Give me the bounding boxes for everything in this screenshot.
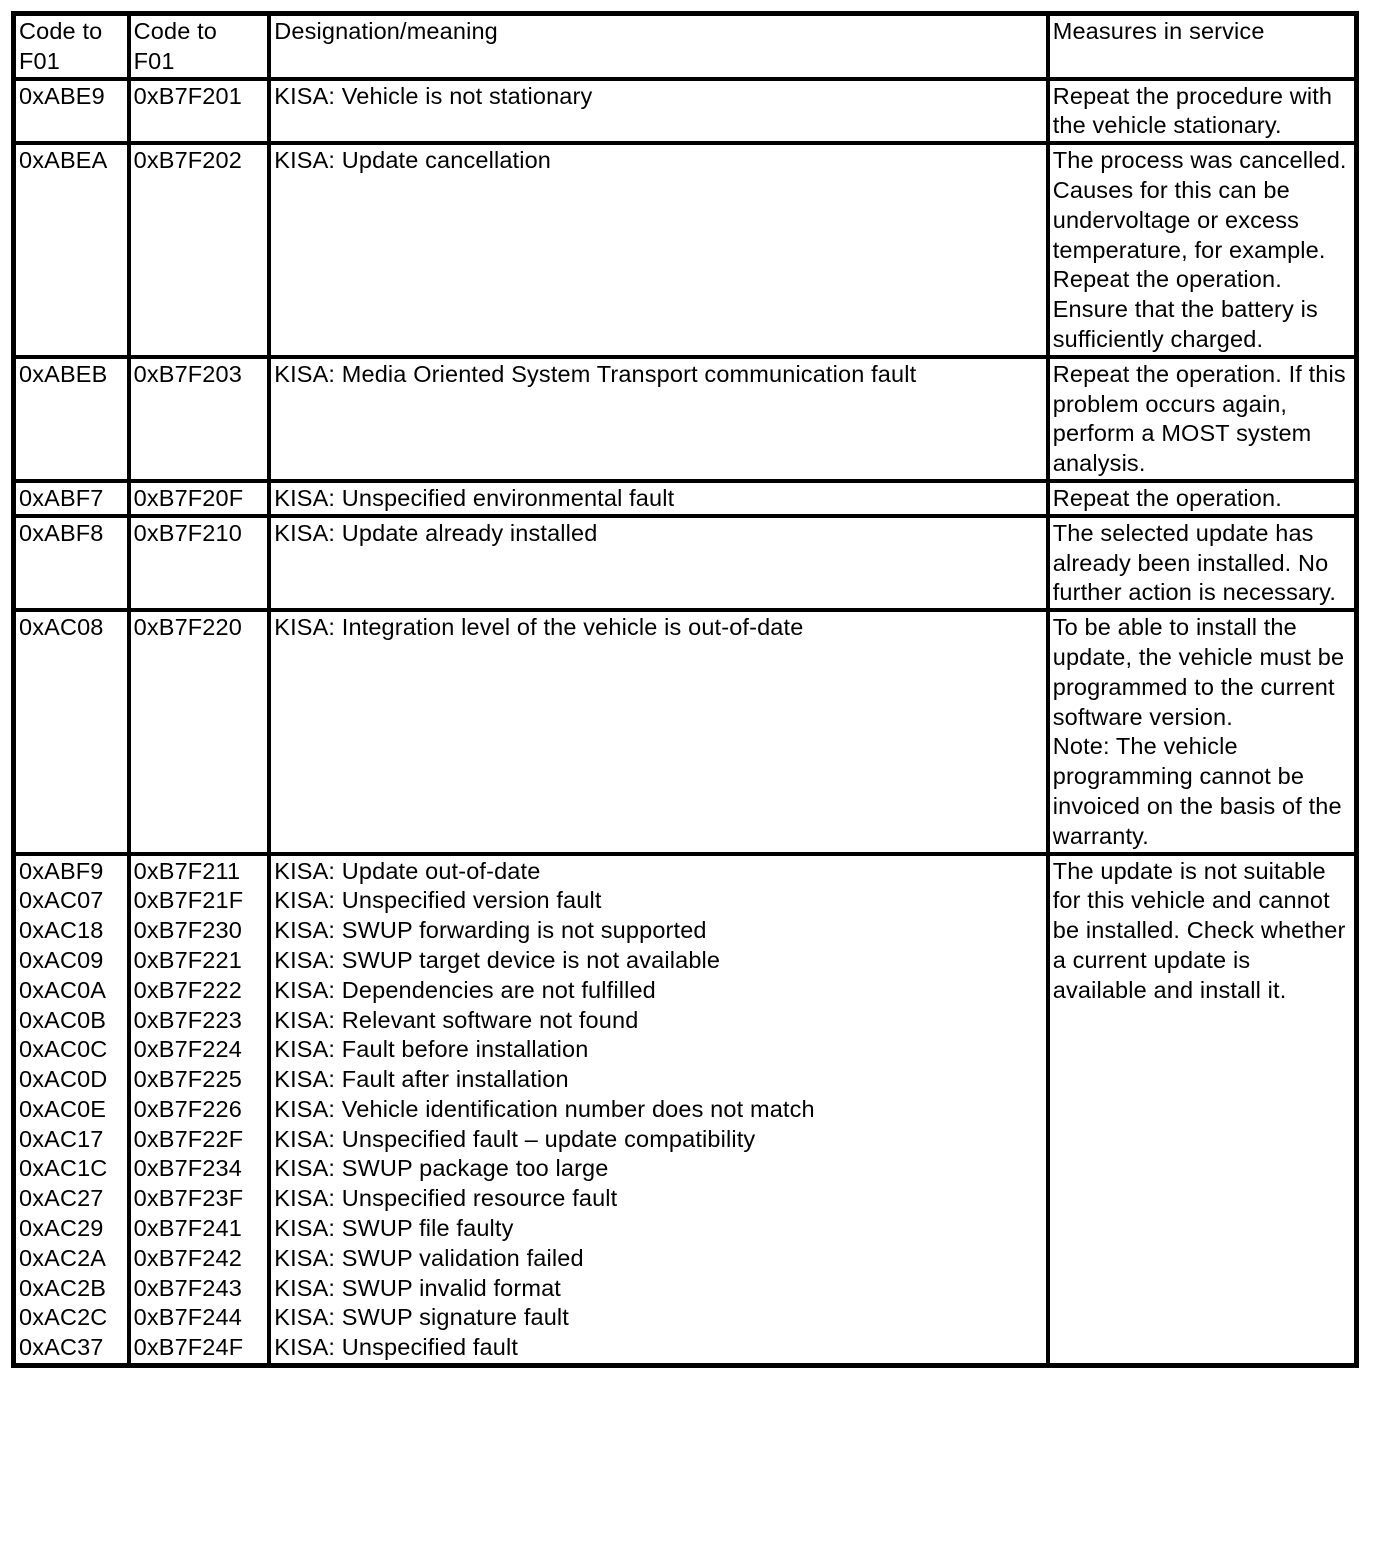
code-a-cell: 0xABE9 [14,79,129,144]
table-row: 0xABE90xB7F201KISA: Vehicle is not stati… [14,79,1357,144]
designation-cell: KISA: Integration level of the vehicle i… [269,610,1047,853]
code-b-line: 0xB7F242 [134,1244,265,1274]
code-b-line: 0xB7F230 [134,916,265,946]
code-b-line: 0xB7F23F [134,1184,265,1214]
measures-line: Repeat the operation. [1053,484,1351,514]
code-a-line: 0xABF8 [19,519,124,549]
designation-line: KISA: Unspecified fault – update compati… [274,1125,1042,1155]
code-b-cell: 0xB7F210 [129,516,270,610]
code-a-line: 0xAC29 [19,1214,124,1244]
code-b-cell: 0xB7F202 [129,143,270,357]
code-b-line: 0xB7F20F [134,484,265,514]
designation-line: KISA: Vehicle is not stationary [274,82,1042,112]
header-designation: Designation/meaning [269,14,1047,79]
code-b-line: 0xB7F226 [134,1095,265,1125]
measures-cell: Repeat the procedure with the vehicle st… [1048,79,1357,144]
measures-line: Repeat the operation. If this problem oc… [1053,360,1351,479]
designation-line: KISA: Unspecified fault [274,1333,1042,1363]
code-a-cell: 0xAC08 [14,610,129,853]
code-b-line: 0xB7F223 [134,1006,265,1036]
code-a-line: 0xAC08 [19,613,124,643]
designation-line: KISA: Fault after installation [274,1065,1042,1095]
code-a-line: 0xAC0B [19,1006,124,1036]
code-b-line: 0xB7F222 [134,976,265,1006]
code-b-line: 0xB7F211 [134,857,265,887]
code-a-line: 0xAC0C [19,1035,124,1065]
code-a-line: 0xABE9 [19,82,124,112]
designation-line: KISA: Unspecified version fault [274,886,1042,916]
designation-cell: KISA: Update already installed [269,516,1047,610]
code-b-line: 0xB7F225 [134,1065,265,1095]
code-b-line: 0xB7F221 [134,946,265,976]
designation-line: KISA: Update out-of-date [274,857,1042,887]
code-b-line: 0xB7F210 [134,519,265,549]
code-b-line: 0xB7F224 [134,1035,265,1065]
code-a-cell: 0xABF90xAC070xAC180xAC090xAC0A0xAC0B0xAC… [14,854,129,1366]
designation-cell: KISA: Update cancellation [269,143,1047,357]
code-a-line: 0xAC2A [19,1244,124,1274]
code-a-line: 0xAC0D [19,1065,124,1095]
code-a-line: 0xAC07 [19,886,124,916]
measures-cell: The selected update has already been ins… [1048,516,1357,610]
code-a-line: 0xAC1C [19,1154,124,1184]
code-b-line: 0xB7F244 [134,1303,265,1333]
header-code-a: Code to F01 [14,14,129,79]
code-b-line: 0xB7F203 [134,360,265,390]
designation-line: KISA: Update cancellation [274,146,1042,176]
designation-line: KISA: Relevant software not found [274,1006,1042,1036]
designation-line: KISA: Update already installed [274,519,1042,549]
code-b-line: 0xB7F22F [134,1125,265,1155]
designation-line: KISA: Unspecified environmental fault [274,484,1042,514]
designation-cell: KISA: Media Oriented System Transport co… [269,357,1047,481]
table-row: 0xABF80xB7F210KISA: Update already insta… [14,516,1357,610]
code-a-line: 0xAC18 [19,916,124,946]
table-body: 0xABE90xB7F201KISA: Vehicle is not stati… [14,79,1357,1366]
measures-cell: The update is not suitable for this vehi… [1048,854,1357,1366]
code-a-line: 0xAC0A [19,976,124,1006]
code-a-line: 0xABEB [19,360,124,390]
designation-line: KISA: Media Oriented System Transport co… [274,360,1042,390]
header-measures: Measures in service [1048,14,1357,79]
code-a-line: 0xAC37 [19,1333,124,1363]
code-a-line: 0xAC2B [19,1274,124,1304]
measures-cell: The process was cancelled. Causes for th… [1048,143,1357,357]
designation-line: KISA: SWUP target device is not availabl… [274,946,1042,976]
measures-cell: Repeat the operation. If this problem oc… [1048,357,1357,481]
measures-line: The update is not suitable for this vehi… [1053,857,1351,1006]
code-b-line: 0xB7F234 [134,1154,265,1184]
designation-line: KISA: Vehicle identification number does… [274,1095,1042,1125]
designation-line: KISA: Dependencies are not fulfilled [274,976,1042,1006]
code-b-line: 0xB7F201 [134,82,265,112]
code-a-line: 0xAC09 [19,946,124,976]
code-a-cell: 0xABF8 [14,516,129,610]
code-b-cell: 0xB7F203 [129,357,270,481]
designation-cell: KISA: Vehicle is not stationary [269,79,1047,144]
table-row: 0xABEA0xB7F202KISA: Update cancellationT… [14,143,1357,357]
table-header-row: Code to F01 Code to F01 Designation/mean… [14,14,1357,79]
code-b-line: 0xB7F220 [134,613,265,643]
measures-line: The selected update has already been ins… [1053,519,1351,608]
code-a-cell: 0xABEA [14,143,129,357]
table-row: 0xABF70xB7F20FKISA: Unspecified environm… [14,481,1357,516]
code-b-line: 0xB7F243 [134,1274,265,1304]
designation-line: KISA: SWUP file faulty [274,1214,1042,1244]
code-a-line: 0xABEA [19,146,124,176]
code-a-cell: 0xABEB [14,357,129,481]
code-b-line: 0xB7F202 [134,146,265,176]
designation-line: KISA: Fault before installation [274,1035,1042,1065]
designation-line: KISA: SWUP invalid format [274,1274,1042,1304]
designation-cell: KISA: Unspecified environmental fault [269,481,1047,516]
code-b-line: 0xB7F21F [134,886,265,916]
measures-line: To be able to install the update, the ve… [1053,613,1351,732]
measures-cell: Repeat the operation. [1048,481,1357,516]
table-row: 0xABEB0xB7F203KISA: Media Oriented Syste… [14,357,1357,481]
designation-line: KISA: SWUP package too large [274,1154,1042,1184]
measures-line: Repeat the procedure with the vehicle st… [1053,82,1351,142]
header-code-b: Code to F01 [129,14,270,79]
code-b-cell: 0xB7F201 [129,79,270,144]
code-a-line: 0xABF9 [19,857,124,887]
designation-line: KISA: SWUP signature fault [274,1303,1042,1333]
code-b-cell: 0xB7F20F [129,481,270,516]
code-a-line: 0xABF7 [19,484,124,514]
table-row: 0xAC080xB7F220KISA: Integration level of… [14,610,1357,853]
designation-line: KISA: Unspecified resource fault [274,1184,1042,1214]
code-a-line: 0xAC17 [19,1125,124,1155]
code-a-line: 0xAC27 [19,1184,124,1214]
measures-cell: To be able to install the update, the ve… [1048,610,1357,853]
designation-line: KISA: Integration level of the vehicle i… [274,613,1042,643]
code-b-cell: 0xB7F220 [129,610,270,853]
table-row: 0xABF90xAC070xAC180xAC090xAC0A0xAC0B0xAC… [14,854,1357,1366]
code-a-cell: 0xABF7 [14,481,129,516]
code-b-line: 0xB7F24F [134,1333,265,1363]
designation-cell: KISA: Update out-of-dateKISA: Unspecifie… [269,854,1047,1366]
code-b-line: 0xB7F241 [134,1214,265,1244]
code-a-line: 0xAC2C [19,1303,124,1333]
designation-line: KISA: SWUP forwarding is not supported [274,916,1042,946]
designation-line: KISA: SWUP validation failed [274,1244,1042,1274]
measures-line: The process was cancelled. Causes for th… [1053,146,1351,355]
measures-line: Note: The vehicle programming cannot be … [1053,732,1351,851]
code-a-line: 0xAC0E [19,1095,124,1125]
fault-code-table: Code to F01 Code to F01 Designation/mean… [11,11,1359,1368]
code-b-cell: 0xB7F2110xB7F21F0xB7F2300xB7F2210xB7F222… [129,854,270,1366]
